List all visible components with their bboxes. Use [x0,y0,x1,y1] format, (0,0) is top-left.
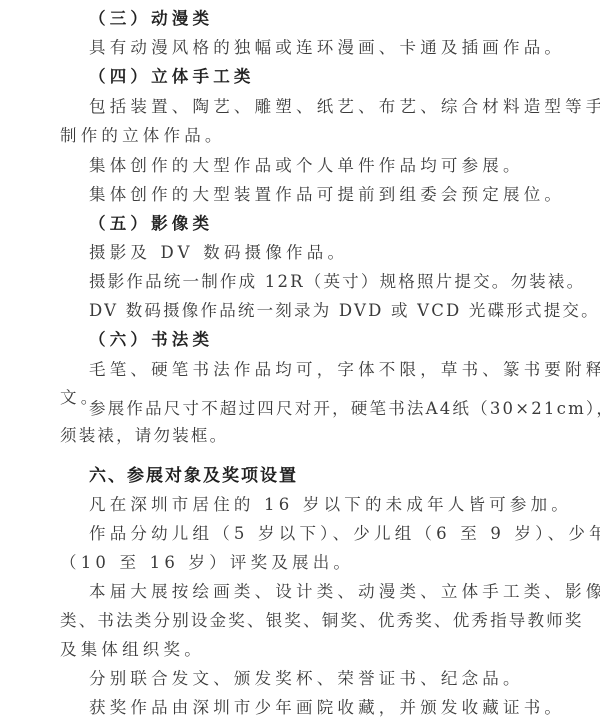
paragraph-continuation: 须装裱，请勿装框。 [60,426,228,446]
paragraph: 包括装置、陶艺、雕塑、纸艺、布艺、综合材料造型等手工 [89,97,600,117]
paragraph: DV 数码摄像作品统一刻录为 DVD 或 VCD 光碟形式提交。 [89,301,600,321]
paragraph: 摄影作品统一制作成 12R（英寸）规格照片提交。勿装裱。 [89,272,585,292]
paragraph: 分别联合发文、颁发奖杯、荣誉证书、纪念品。 [89,669,524,689]
subheading-photography: （五）影像类 [89,214,213,234]
paragraph-continuation: 制作的立体作品。 [60,126,226,146]
paragraph: 集体创作的大型作品或个人单件作品均可参展。 [89,156,524,176]
paragraph: 集体创作的大型装置作品可提前到组委会预定展位。 [89,185,565,205]
paragraph: 凡在深圳市居住的 16 岁以下的未成年人皆可参加。 [89,495,572,515]
paragraph-continuation: （10 至 16 岁）评奖及展出。 [60,553,354,573]
paragraph: 具有动漫风格的独幅或连环漫画、卡通及插画作品。 [89,38,565,58]
paragraph: 摄影及 DV 数码摄像作品。 [89,243,348,263]
subheading-animation: （三）动漫类 [89,9,213,29]
section-heading-participants-awards: 六、参展对象及奖项设置 [89,466,298,486]
paragraph-continuation: 及集体组织奖。 [60,640,205,660]
paragraph: 参展作品尺寸不超过四尺对开，硬笔书法A4纸（30×21cm）， [89,399,600,419]
paragraph: 本届大展按绘画类、设计类、动漫类、立体手工类、影像 [89,582,600,602]
paragraph: 获奖作品由深圳市少年画院收藏，并颁发收藏证书。 [89,698,565,718]
paragraph: 作品分幼儿组（5 岁以下）、少儿组（6 至 9 岁）、少年组 [89,524,600,544]
paragraph: 毛笔、硬笔书法作品均可，字体不限，草书、篆书要附释 [89,360,600,380]
subheading-3d-handcraft: （四）立体手工类 [89,67,255,87]
subheading-calligraphy: （六）书法类 [89,330,213,350]
paragraph-continuation: 类、书法类分别设金奖、银奖、铜奖、优秀奖、优秀指导教师奖 [60,611,584,631]
document-page: （三）动漫类 具有动漫风格的独幅或连环漫画、卡通及插画作品。 （四）立体手工类 … [0,0,600,726]
